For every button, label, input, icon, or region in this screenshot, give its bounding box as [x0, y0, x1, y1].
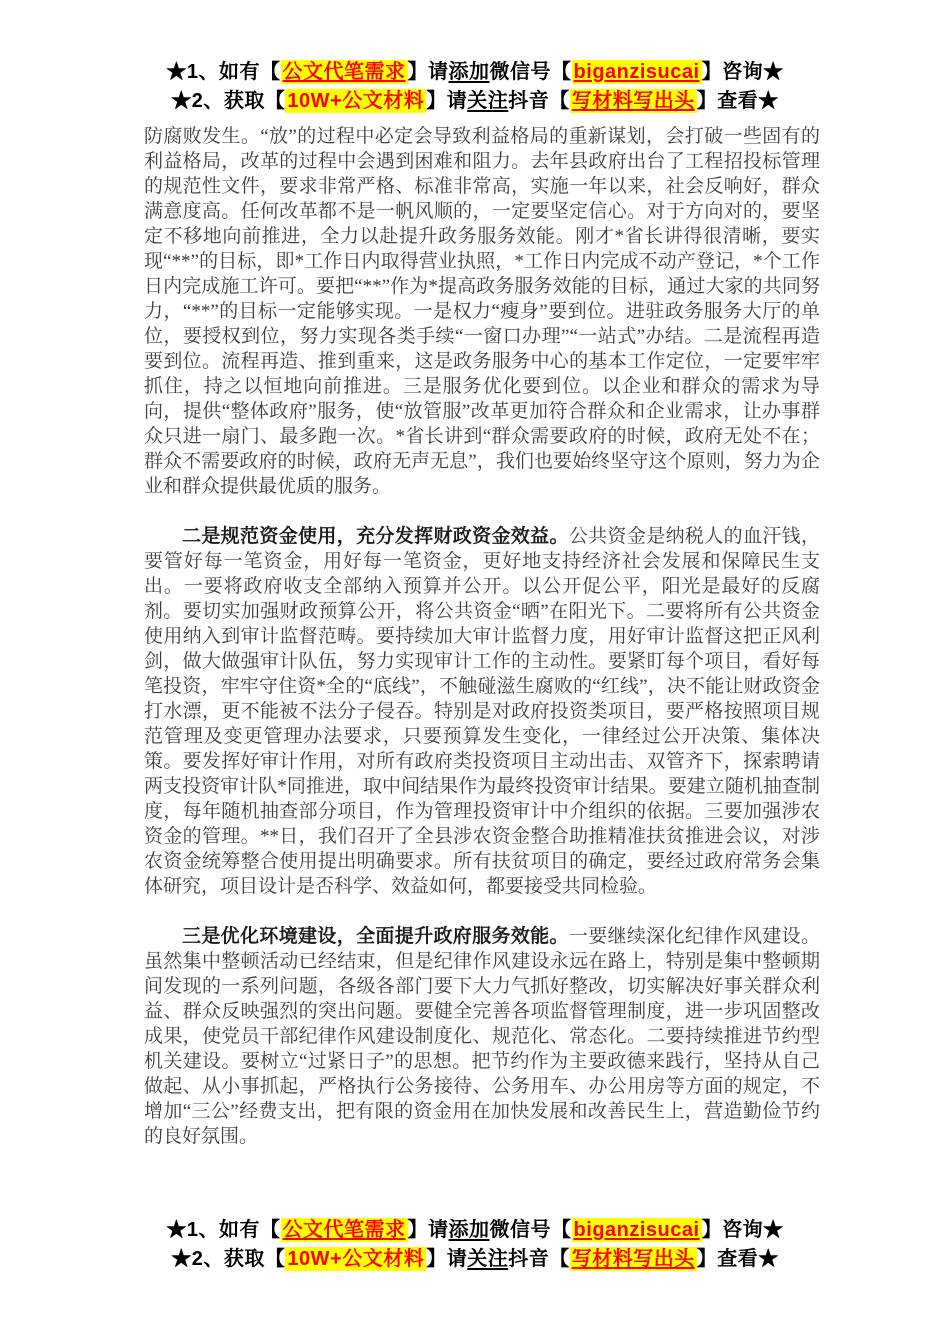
banner-text: ★2、获取【: [171, 90, 285, 112]
banner-text: 】咨询★: [702, 1219, 784, 1241]
wechat-id: biganzisucai: [572, 1218, 702, 1242]
paragraph-text: 防腐败发生。“放”的过程中必定会导致利益格局的重新谋划，会打破一些固有的利益格局…: [144, 126, 820, 497]
header-banner: ★1、如有【公文代笔需求】请添加微信号【biganzisucai】咨询★★2、获…: [0, 58, 950, 116]
paragraph-text: 一要继续深化纪律作风建设。虽然集中整顿活动已经结束，但是纪律作风建设永远在路上，…: [144, 926, 820, 1147]
footer-banner: ★1、如有【公文代笔需求】请添加微信号【biganzisucai】咨询★★2、获…: [0, 1216, 950, 1274]
highlighted-material-phrase: 10W+公文材料: [285, 1247, 426, 1271]
banner-text: 微信号【: [490, 1219, 572, 1241]
document-body: 防腐败发生。“放”的过程中必定会导致利益格局的重新谋划，会打破一些固有的利益格局…: [144, 124, 820, 1174]
add-action-text: 添加: [449, 61, 490, 83]
document-page: ★1、如有【公文代笔需求】请添加微信号【biganzisucai】咨询★★2、获…: [0, 0, 950, 1344]
paragraph: 防腐败发生。“放”的过程中必定会导致利益格局的重新谋划，会打破一些固有的利益格局…: [144, 124, 820, 499]
banner-text: 】请: [408, 61, 449, 83]
banner-text: 抖音【: [508, 90, 570, 112]
banner-text: 】请: [408, 1219, 449, 1241]
banner-line: ★1、如有【公文代笔需求】请添加微信号【biganzisucai】咨询★: [0, 58, 950, 87]
paragraph-lead-bold: 三是优化环境建设，全面提升政府服务效能。: [182, 926, 569, 947]
add-action-text: 添加: [449, 1219, 490, 1241]
paragraph-text: 公共资金是纳税人的血汗钱，要管好每一笔资金，用好每一笔资金，更好地支持经济社会发…: [144, 526, 820, 897]
douyin-handle: 写材料写出头: [570, 89, 697, 113]
paragraph: 三是优化环境建设，全面提升政府服务效能。一要继续深化纪律作风建设。虽然集中整顿活…: [144, 924, 820, 1149]
banner-text: ★1、如有【: [166, 1219, 280, 1241]
wechat-id: biganzisucai: [572, 60, 702, 84]
highlighted-material-phrase: 10W+公文材料: [285, 89, 426, 113]
banner-text: 微信号【: [490, 61, 572, 83]
banner-text: 】请: [426, 1248, 467, 1270]
paragraph-lead-bold: 二是规范资金使用，充分发挥财政资金效益。: [182, 526, 569, 547]
banner-line: ★2、获取【10W+公文材料】请关注抖音【写材料写出头】查看★: [0, 87, 950, 116]
banner-text: 】请: [426, 90, 467, 112]
banner-text: ★1、如有【: [166, 61, 280, 83]
follow-action-text: 关注: [467, 1248, 508, 1270]
paragraph: 二是规范资金使用，充分发挥财政资金效益。公共资金是纳税人的血汗钱，要管好每一笔资…: [144, 524, 820, 899]
banner-text: 】查看★: [697, 90, 779, 112]
banner-line: ★1、如有【公文代笔需求】请添加微信号【biganzisucai】咨询★: [0, 1216, 950, 1245]
douyin-handle: 写材料写出头: [570, 1247, 697, 1271]
banner-text: 】咨询★: [702, 61, 784, 83]
highlighted-service-phrase: 公文代笔需求: [281, 60, 408, 84]
banner-text: 】查看★: [697, 1248, 779, 1270]
banner-text: ★2、获取【: [171, 1248, 285, 1270]
highlighted-service-phrase: 公文代笔需求: [281, 1218, 408, 1242]
banner-line: ★2、获取【10W+公文材料】请关注抖音【写材料写出头】查看★: [0, 1245, 950, 1274]
follow-action-text: 关注: [467, 90, 508, 112]
banner-text: 抖音【: [508, 1248, 570, 1270]
